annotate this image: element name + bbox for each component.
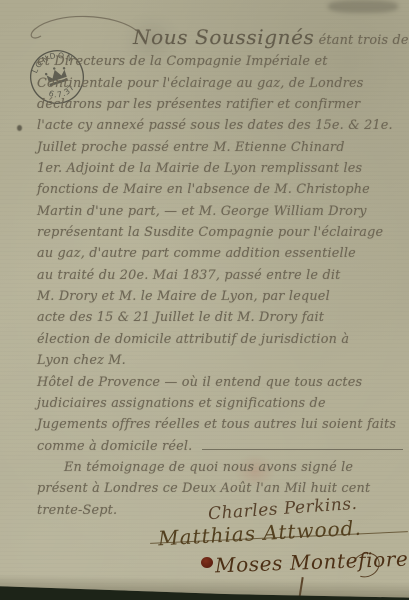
text-line: représentant la Susdite Compagnie pour l… [37, 222, 407, 243]
text-line: En témoignage de quoi nous avons signé l… [37, 457, 407, 478]
text-line: Juillet proche passé entre M. Etienne Ch… [37, 137, 407, 158]
text-line: déclarons par les présentes ratifier et … [37, 94, 407, 115]
text-line: M. Drory et M. le Maire de Lyon, par leq… [37, 286, 407, 307]
text-line: et Directeurs de la Compagnie Impériale … [37, 51, 407, 72]
text-line: comme à domicile réel. [37, 436, 407, 457]
ink-smudge [328, 0, 398, 13]
text-line: au traité du 20e. Mai 1837, passé entre … [37, 265, 407, 286]
text-line: Hôtel de Provence — où il entend que tou… [37, 372, 407, 393]
text-line: judiciaires assignations et significatio… [37, 393, 407, 414]
text-line: au gaz, d'autre part comme addition esse… [37, 243, 407, 264]
manuscript-scan: { "document": { "stamp": { "city": "LOND… [0, 0, 409, 600]
text-line: élection de domicile attributif de juris… [37, 329, 407, 350]
text-line: 1er. Adjoint de la Mairie de Lyon rempli… [37, 158, 407, 179]
text-line: fonctions de Maire en l'absence de M. Ch… [37, 179, 407, 200]
manuscript-body: Nous Soussignés étant trois des Présiden… [37, 27, 407, 521]
text-line-rest: étant trois des Présidents [319, 33, 409, 48]
text-line: Continentale pour l'éclairage au gaz, de… [37, 73, 407, 94]
text-line-text: comme à domicile réel. [37, 436, 192, 457]
text-line: Martin d'une part, — et M. George Willia… [37, 201, 407, 222]
opening-phrase: Nous Soussignés [133, 25, 314, 49]
text-line: Nous Soussignés étant trois des Présiden… [37, 27, 407, 51]
closing-rule [202, 449, 403, 450]
text-line: Jugements offres réelles et tous autres … [37, 414, 407, 435]
document-page: LONDON 6.7.37 Nous Soussignés étant troi… [0, 0, 409, 600]
text-line: acte des 15 & 21 Juillet le dit M. Drory… [37, 307, 407, 328]
ink-speck [17, 125, 22, 131]
text-line: l'acte cy annexé passé sous les dates de… [37, 115, 407, 136]
wax-seal-dot [201, 557, 213, 568]
opening-flourish-swash [23, 15, 141, 41]
paper-edge-shadow [0, 574, 409, 598]
text-line: Lyon chez M. [37, 350, 407, 371]
